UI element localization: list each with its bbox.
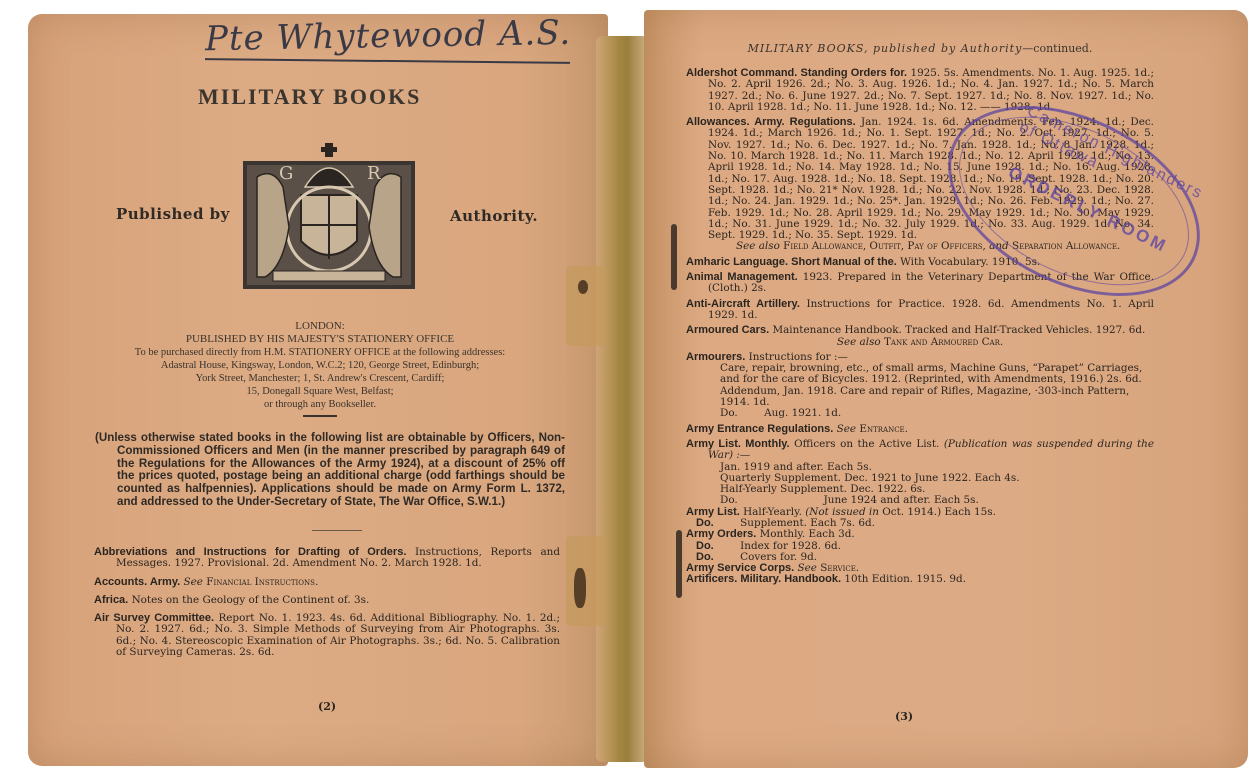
rust-stain [574,568,586,608]
list-item: Army List. Monthly. Officers on the Acti… [686,439,1154,462]
rust-stain [578,280,588,294]
imprint-line: To be purchased directly from H.M. STATI… [80,346,560,359]
see-also-note: See also Field Allowance, Outfit, Pay of… [686,241,1154,252]
svg-text:G: G [279,163,293,184]
page-number: (2) [318,700,336,713]
imprint-line: York Street, Manchester; 1, St. Andrew's… [80,372,560,385]
imprint-line: 15, Donegall Square West, Belfast; [80,385,560,398]
sub-item: Addendum, Jan. 1918. Care and repair of … [686,386,1154,409]
list-item: Allowances. Army. Regulations. Jan. 1924… [686,117,1154,241]
page-number: (3) [895,710,913,723]
book-list-left: Abbreviations and Instructions for Draft… [94,547,560,665]
list-item: Artificers. Military. Handbook. 10th Edi… [686,574,1154,585]
list-item: Abbreviations and Instructions for Draft… [94,547,560,570]
staple [676,530,682,598]
list-item: Air Survey Committee. Report No. 1. 1923… [94,613,560,658]
staple [671,224,677,290]
handwritten-signature: Pte Whytewood A.S. [205,13,572,59]
published-by-label: Published by [116,205,230,223]
list-item: Amharic Language. Short Manual of the. W… [686,257,1154,268]
imprint-publisher: PUBLISHED BY HIS MAJESTY'S STATIONERY OF… [80,333,560,346]
list-item: Anti-Aircraft Artillery. Instructions fo… [686,299,1154,322]
list-item: Aldershot Command. Standing Orders for. … [686,68,1154,113]
publisher-imprint: LONDON: PUBLISHED BY HIS MAJESTY'S STATI… [80,320,560,417]
list-item: Africa. Notes on the Geology of the Cont… [94,595,560,606]
imprint-line: Adastral House, Kingsway, London, W.C.2;… [80,359,560,372]
imprint-city: LONDON: [80,320,560,333]
section-divider [312,530,362,531]
sub-item: Care, repair, browning, etc., of small a… [686,363,1154,386]
authority-label: Authority. [450,207,538,225]
svg-text:R: R [367,163,381,184]
book-spine [596,36,648,762]
page-title: MILITARY BOOKS [198,84,421,110]
spine-tear [566,266,606,346]
discount-notice: (Unless otherwise stated books in the fo… [95,432,565,509]
notice-text: (Unless otherwise stated books in the fo… [95,432,565,509]
list-item: Animal Management. 1923. Prepared in the… [686,272,1154,295]
spine-tear [566,536,606,626]
imprint-rule [303,415,337,417]
book-list-right: Aldershot Command. Standing Orders for. … [686,68,1154,586]
sub-item: Do. Aug. 1921. 1d. [686,408,1154,419]
list-item: Army Entrance Regulations. See Entrance. [686,424,1154,435]
imprint-line: or through any Bookseller. [80,398,560,411]
list-item: Accounts. Army. See Financial Instructio… [94,577,560,588]
see-also-note: See also Tank and Armoured Car. [686,337,1154,348]
royal-coat-of-arms-icon: G R [243,137,415,289]
running-head: MILITARY BOOKS, published by Authority—c… [690,42,1150,55]
